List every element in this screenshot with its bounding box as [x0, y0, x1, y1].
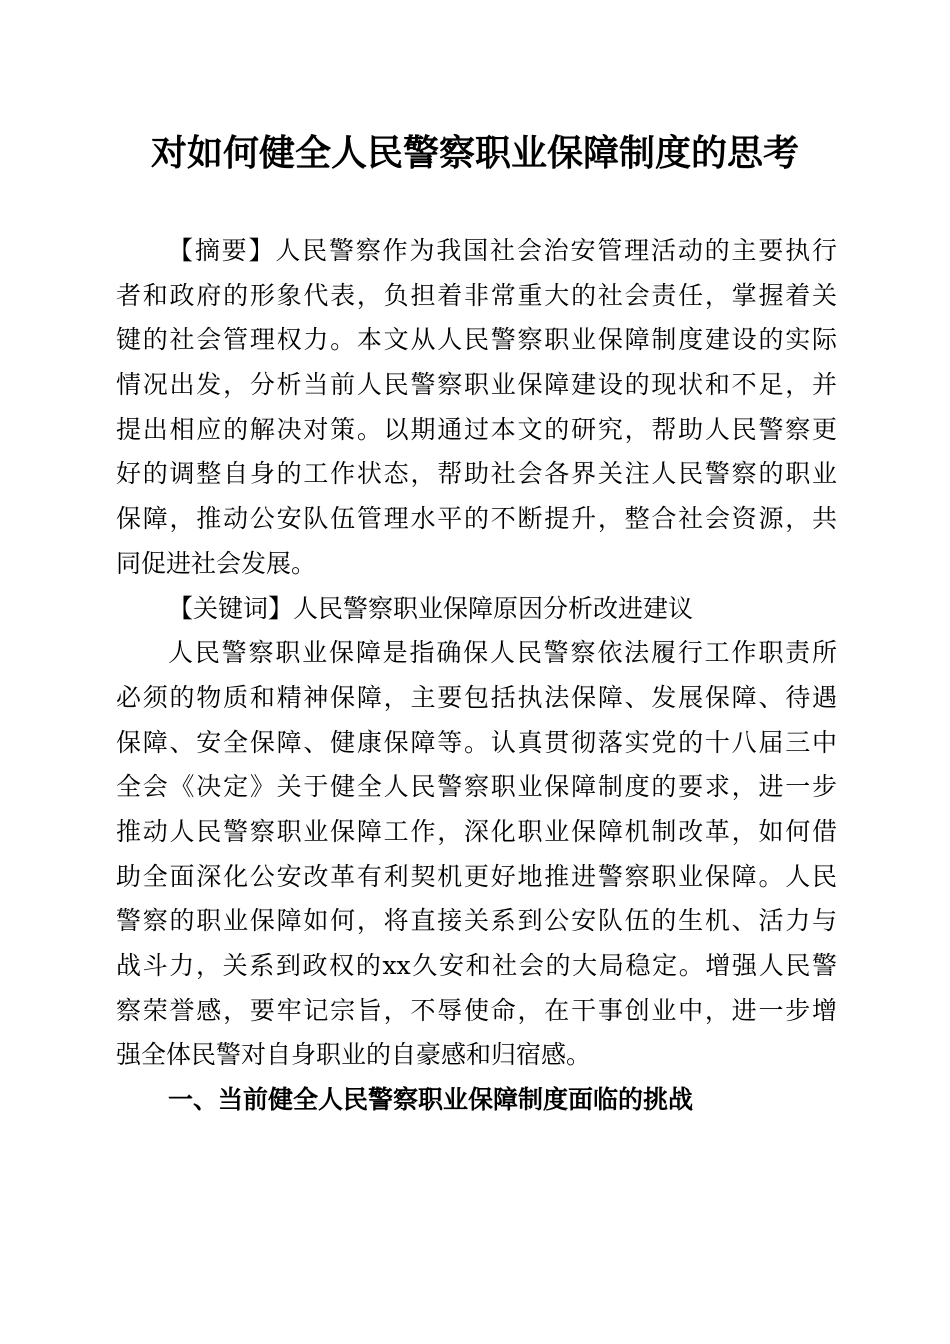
text-line: 助全面深化公安改革有利契机更好地推进警察职业保障。人民	[116, 855, 837, 900]
text-line: 同促进社会发展。	[116, 542, 837, 587]
text-line: 【摘要】人民警察作为我国社会治安管理活动的主要执行	[116, 229, 837, 274]
text-line: 情况出发，分析当前人民警察职业保障建设的现状和不足，并	[116, 363, 837, 408]
text-line: 必须的物质和精神保障，主要包括执法保障、发展保障、待遇	[116, 676, 837, 721]
text-line: 察荣誉感，要牢记宗旨，不辱使命，在干事创业中，进一步增	[116, 989, 837, 1034]
text-line: 保障，推动公安队伍管理水平的不断提升，整合社会资源，共	[116, 497, 837, 542]
document-page: 对如何健全人民警察职业保障制度的思考 【摘要】人民警察作为我国社会治安管理活动的…	[0, 0, 950, 1344]
text-line: 全会《决定》关于健全人民警察职业保障制度的要求，进一步	[116, 765, 837, 810]
text-line: 推动人民警察职业保障工作，深化职业保障机制改革，如何借	[116, 810, 837, 855]
text-line: 好的调整自身的工作状态，帮助社会各界关注人民警察的职业	[116, 452, 837, 497]
text-line: 提出相应的解决对策。以期通过本文的研究，帮助人民警察更	[116, 408, 837, 453]
text-line: 保障、安全保障、健康保障等。认真贯彻落实党的十八届三中	[116, 721, 837, 766]
document-title: 对如何健全人民警察职业保障制度的思考	[0, 130, 950, 176]
text-line: 战斗力，关系到政权的xx久安和社会的大局稳定。增强人民警	[116, 944, 837, 989]
text-line: 警察的职业保障如何，将直接关系到公安队伍的生机、活力与	[116, 899, 837, 944]
text-line: 人民警察职业保障是指确保人民警察依法履行工作职责所	[116, 631, 837, 676]
document-body: 【摘要】人民警察作为我国社会治安管理活动的主要执行者和政府的形象代表，负担着非常…	[116, 229, 837, 1123]
text-line: 键的社会管理权力。本文从人民警察职业保障制度建设的实际	[116, 318, 837, 363]
text-line: 者和政府的形象代表，负担着非常重大的社会责任，掌握着关	[116, 274, 837, 319]
paragraph-keywords: 【关键词】人民警察职业保障原因分析改进建议	[116, 587, 837, 632]
text-line: 【关键词】人民警察职业保障原因分析改进建议	[116, 587, 837, 632]
paragraph-section-heading: 一、当前健全人民警察职业保障制度面临的挑战	[116, 1078, 837, 1123]
paragraph-introduction: 人民警察职业保障是指确保人民警察依法履行工作职责所必须的物质和精神保障，主要包括…	[116, 631, 837, 1078]
section-heading-line: 一、当前健全人民警察职业保障制度面临的挑战	[116, 1078, 837, 1123]
text-line: 强全体民警对自身职业的自豪感和归宿感。	[116, 1033, 837, 1078]
paragraph-abstract: 【摘要】人民警察作为我国社会治安管理活动的主要执行者和政府的形象代表，负担着非常…	[116, 229, 837, 587]
